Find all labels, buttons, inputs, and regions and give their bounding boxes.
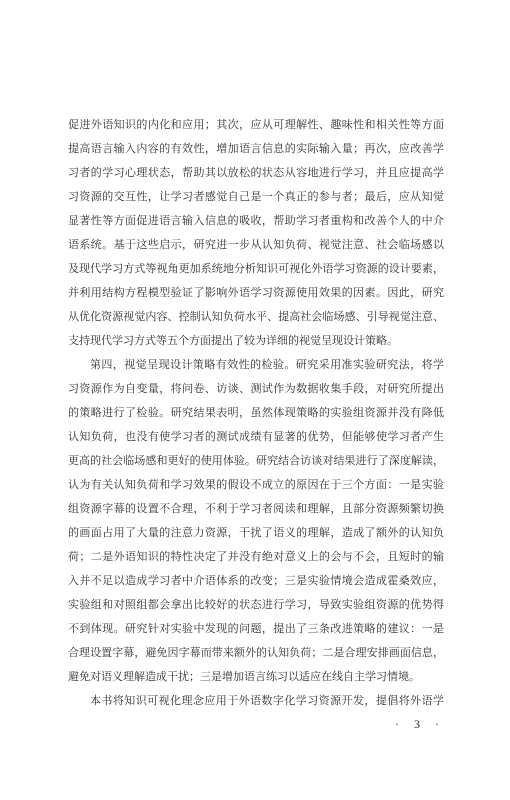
text-line: 本书将知识可视化理念应用于外语数字化学习资源开发，提倡将外语学 [68,689,444,713]
page-number: · 3 · [68,712,444,736]
text-line: 荷；二是外语知识的特性决定了并没有绝对意义上的会与不会，且短时的输 [68,545,444,569]
text-line: 语系统。基于这些启示，研究进一步从认知负荷、视觉注意、社会临场感以 [68,233,444,257]
paragraph: 本书将知识可视化理念应用于外语数字化学习资源开发，提倡将外语学 [68,689,444,713]
text-line: 入并不足以造成学习者中介语体系的改变；三是实验情境会造成霍桑效应， [68,569,444,593]
text-line: 的策略进行了检验。研究结果表明，虽然体现策略的实验组资源并没有降低 [68,401,444,425]
text-line: 从优化资源视觉内容、控制认知负荷水平、提高社会临场感、引导视觉注意、 [68,305,444,329]
text-line: 支持现代学习方式等五个方面提出了较为详细的视觉呈现设计策略。 [68,329,444,353]
text-line: 及现代学习方式等视角更加系统地分析知识可视化外语学习资源的设计要素， [68,257,444,281]
text-line: 合理设置字幕，避免因字幕而带来额外的认知负荷；二是合理安排画面信息， [68,641,444,665]
text-line: 习者的学习心理状态，帮助其以放松的状态从容地进行学习，并且应提高学 [68,161,444,185]
text-line: 避免对语义理解造成干扰；三是增加语言练习以适应在线自主学习情境。 [68,665,444,689]
paragraph: 促进外语知识的内化和应用；其次，应从可理解性、趣味性和相关性等方面提高语言输入内… [68,113,444,353]
text-line: 认知负荷，也没有使学习者的测试成绩有显著的优势，但能够使学习者产生 [68,425,444,449]
book-page: 促进外语知识的内化和应用；其次，应从可理解性、趣味性和相关性等方面提高语言输入内… [0,0,510,800]
text-line: 认为有关认知负荷和学习效果的假设不成立的原因在于三个方面：一是实验 [68,473,444,497]
text-line: 第四，视觉呈现设计策略有效性的检验。研究采用准实验研究法，将学 [68,353,444,377]
paragraph: 第四，视觉呈现设计策略有效性的检验。研究采用准实验研究法，将学习资源作为自变量，… [68,353,444,689]
text-block: 促进外语知识的内化和应用；其次，应从可理解性、趣味性和相关性等方面提高语言输入内… [68,113,444,713]
text-line: 显著性等方面促进语言输入信息的吸收，帮助学习者重构和改善个人的中介 [68,209,444,233]
text-line: 不到体现。研究针对实验中发现的问题，提出了三条改进策略的建议：一是 [68,617,444,641]
text-line: 提高语言输入内容的有效性，增加语言信息的实际输入量；再次，应改善学 [68,137,444,161]
text-line: 习资源的交互性，让学习者感觉自己是一个真正的参与者；最后，应从知觉 [68,185,444,209]
text-line: 更高的社会临场感和更好的使用体验。研究结合访谈对结果进行了深度解读， [68,449,444,473]
text-line: 促进外语知识的内化和应用；其次，应从可理解性、趣味性和相关性等方面 [68,113,444,137]
text-line: 并利用结构方程模型验证了影响外语学习资源使用效果的因素。因此，研究 [68,281,444,305]
text-line: 实验组和对照组都会拿出比较好的状态进行学习，导致实验组资源的优势得 [68,593,444,617]
text-line: 习资源作为自变量，将问卷、访谈、测试作为数据收集手段，对研究所提出 [68,377,444,401]
text-line: 的画面占用了大量的注意力资源，干扰了语义的理解，造成了额外的认知负 [68,521,444,545]
text-line: 组资源字幕的设置不合理，不利于学习者阅读和理解，且部分资源频繁切换 [68,497,444,521]
